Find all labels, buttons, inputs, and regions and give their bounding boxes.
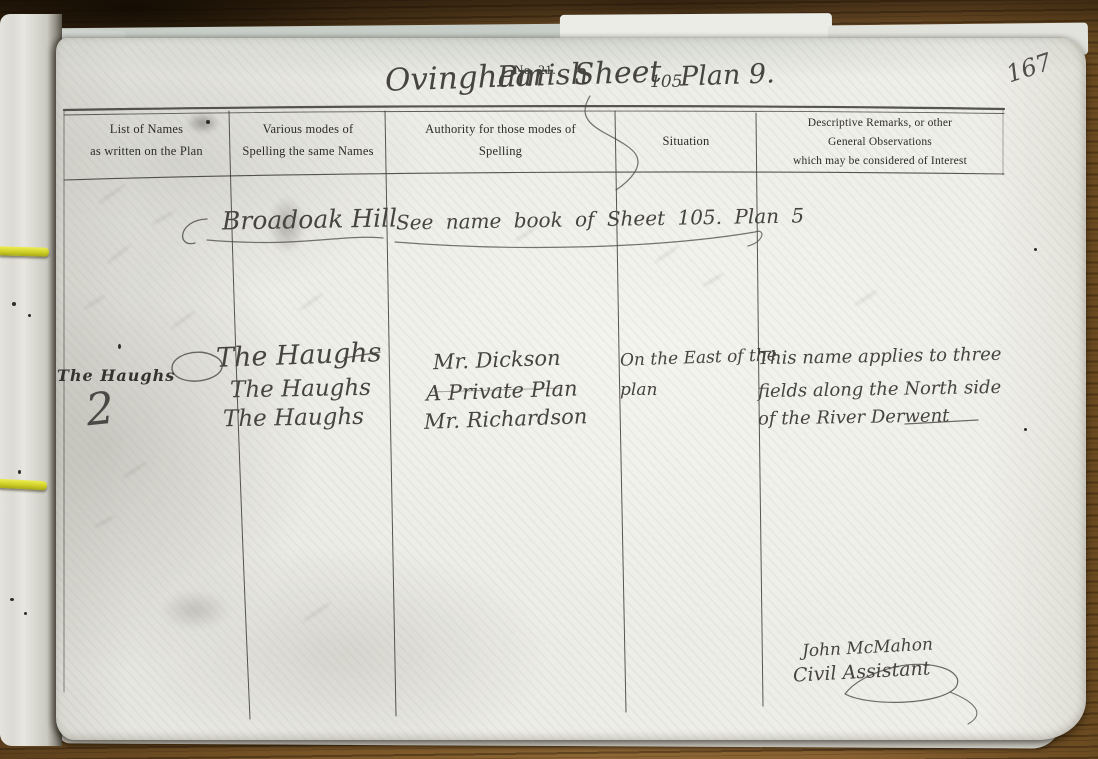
title-sheet-word: Sheet <box>573 54 662 92</box>
row2-number-annotation: 2 <box>83 383 116 437</box>
header-line: as written on the Plan <box>64 140 229 162</box>
ink-speck <box>12 302 16 306</box>
row2-spelling-2: The Haughs <box>230 375 371 403</box>
column-header-names: List of Names as written on the Plan <box>64 118 229 162</box>
ink-speck <box>10 598 14 601</box>
ink-speck <box>18 470 21 474</box>
row2-remarks-1: This name applies to three <box>758 344 1002 369</box>
column-header-spelling-modes: Various modes of Spelling the same Names <box>231 118 385 162</box>
header-line: Situation <box>616 130 756 152</box>
book-left-page-stack <box>0 14 62 746</box>
header-line: which may be considered of Interest <box>757 152 1003 171</box>
title-sheet-number: 105 <box>650 72 682 92</box>
row2-remarks-3: of the River Derwent <box>758 405 950 429</box>
row2-spelling-1: The Haughs <box>216 337 383 374</box>
ink-speck <box>1024 428 1027 431</box>
header-line: General Observations <box>757 133 1003 152</box>
column-header-authority: Authority for those modes of Spelling <box>386 118 615 162</box>
stain <box>160 590 230 630</box>
header-line: Authority for those modes of <box>386 118 615 140</box>
ink-speck <box>28 314 31 317</box>
header-line: Various modes of <box>231 118 385 140</box>
row2-spelling-3: The Haughs <box>223 404 364 432</box>
row2-name-on-plan: The Haughs <box>57 366 175 385</box>
column-header-situation: Situation <box>616 130 756 152</box>
title-plan-number: Plan 9. <box>679 58 775 92</box>
row2-authority-1: Mr. Dickson <box>433 346 561 374</box>
binding-cord-top <box>0 246 49 256</box>
header-line: Spelling <box>386 140 615 162</box>
header-line: Spelling the same Names <box>231 140 385 162</box>
ink-speck <box>118 344 121 349</box>
ink-speck <box>1034 248 1037 251</box>
header-line: List of Names <box>64 118 229 140</box>
ink-speck <box>24 612 27 615</box>
row2-remarks-2: fields along the North side <box>758 377 1002 402</box>
header-line: Descriptive Remarks, or other <box>757 114 1003 133</box>
scanned-name-book-photo: No. 21. 167 Ovingham Parish Sheet 105 Pl… <box>0 0 1098 759</box>
column-header-remarks: Descriptive Remarks, or other General Ob… <box>757 114 1003 171</box>
row2-situation-2: plan <box>620 380 657 400</box>
row1-spelling: Broadoak Hill <box>222 203 398 235</box>
